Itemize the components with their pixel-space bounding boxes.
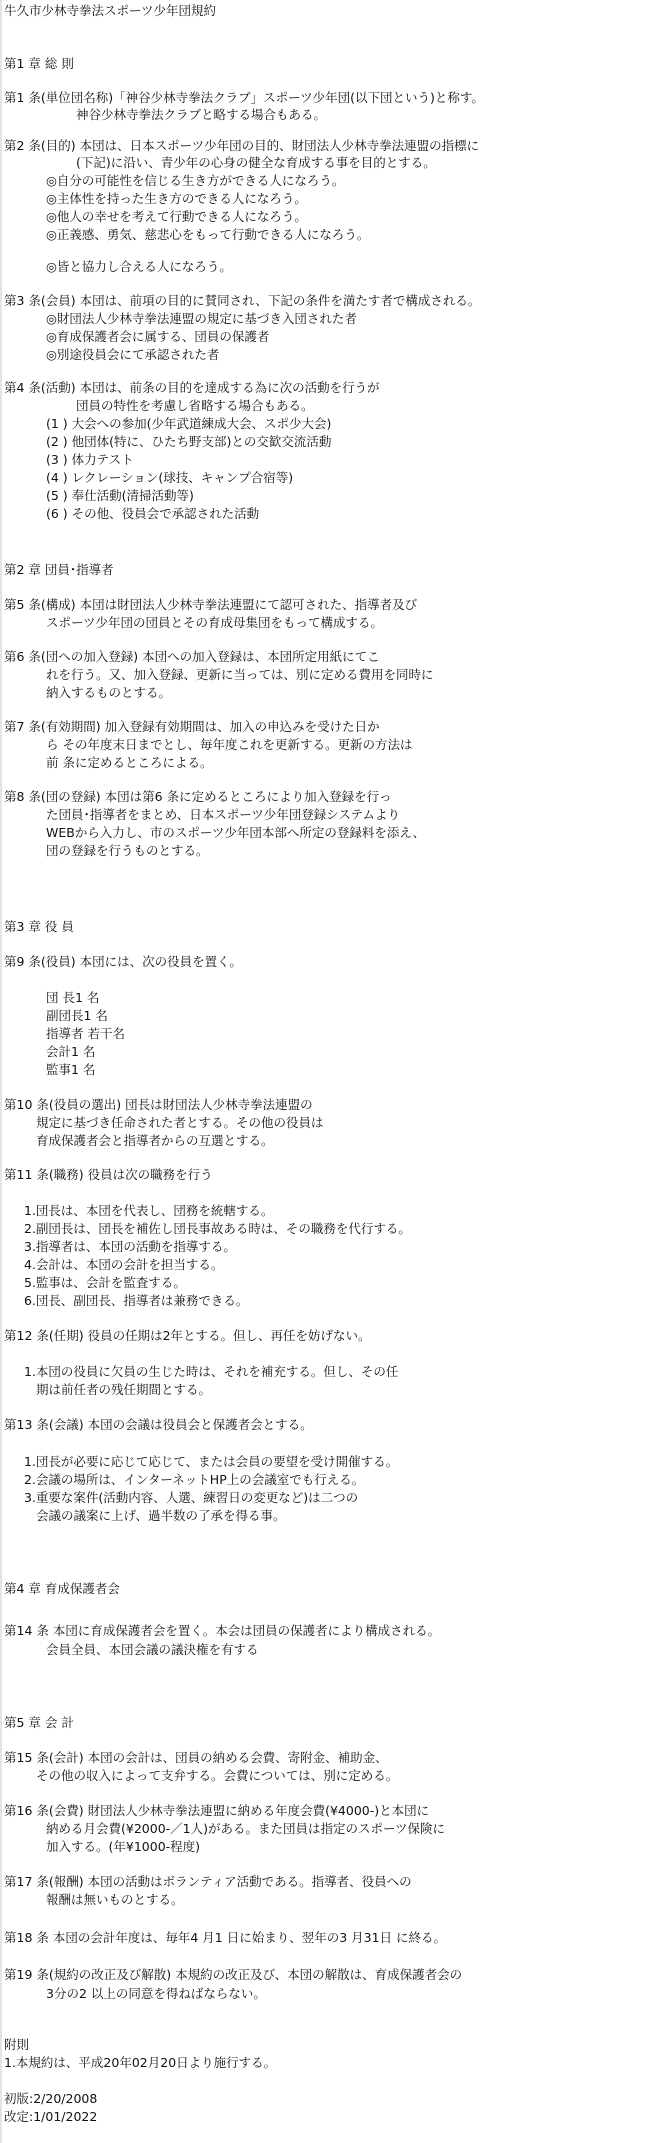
chapter-4-heading: 第4 章 育成保護者会	[4, 1580, 120, 1597]
article-4-item: (2 ) 他団体(特に、ひたち野支部)との交歓交流活動	[4, 433, 331, 450]
article-4-item: (4 ) レクレーション(球技、キャンプ合宿等)	[4, 469, 293, 486]
article-19: 第19 条(規約の改正及び解散) 本規約の改正及び、本団の解散は、育成保護者会の	[4, 1966, 462, 1983]
article-9-item: 会計1 名	[4, 1043, 95, 1060]
article-6-cont: れを行う。又、加入登録、更新に当っては、別に定める費用を同時に	[4, 666, 434, 683]
article-18: 第18 条 本団の会計年度は、毎年4 月1 日に始まり、翌年の3 月31日 に終…	[4, 1929, 446, 1946]
article-8: 第8 条(団の登録) 本団は第6 条に定めるところにより加入登録を行っ	[4, 788, 392, 805]
article-4: 第4 条(活動) 本団は、前条の目的を達成する為に次の活動を行うが	[4, 379, 380, 396]
supplementary-heading: 附則	[4, 2036, 29, 2053]
article-9-item: 指導者 若干名	[4, 1025, 125, 1042]
article-4-item: (3 ) 体力テスト	[4, 451, 134, 468]
article-11: 第11 条(職務) 役員は次の職務を行う	[4, 1166, 213, 1183]
article-11-item: 3.指導者は、本団の活動を指導する。	[4, 1238, 236, 1255]
article-13: 第13 条(会議) 本団の会議は役員会と保護者会とする。	[4, 1416, 313, 1433]
article-6-cont: 納入するものとする。	[4, 684, 171, 701]
article-11-item: 5.監事は、会計を監査する。	[4, 1274, 186, 1291]
article-6: 第6 条(団への加入登録) 本団への加入登録は、本団所定用紙にてこ	[4, 648, 380, 665]
article-2-item: ◎正義感、勇気、慈悲心をもって行動できる人になろう。	[4, 226, 369, 243]
article-1: 第1 条(単位団名称)「神谷少林寺拳法クラブ」スポーツ少年団(以下団という)と称…	[4, 89, 484, 106]
article-7-cont: 前 条に定めるところによる。	[4, 754, 212, 771]
article-17-cont: 報酬は無いものとする。	[4, 1891, 184, 1908]
article-3-item: ◎財団法人少林寺拳法連盟の規定に基づき入団された者	[4, 310, 357, 327]
article-15: 第15 条(会計) 本団の会計は、団員の納める会費、寄附金、補助金、	[4, 1749, 388, 1766]
revision-date: 改定:1/01/2022	[4, 2108, 97, 2125]
article-2-item: ◎自分の可能性を信じる生き方ができる人になろう。	[4, 172, 344, 189]
article-8-cont: た団員･指導者をまとめ、日本スポーツ少年団登録システムより	[4, 806, 400, 823]
article-2-item: ◎主体性を持った生き方のできる人になろう。	[4, 190, 307, 207]
article-3-item: ◎育成保護者会に属する、団員の保護者	[4, 328, 269, 345]
chapter-3-heading: 第3 章 役 員	[4, 918, 74, 935]
article-9-item: 監事1 名	[4, 1061, 95, 1078]
chapter-1-heading: 第1 章 総 則	[4, 55, 74, 72]
chapter-5-heading: 第5 章 会 計	[4, 1714, 74, 1731]
article-13-item: 1.団長が必要に応じて応じて、または会員の要望を受け開催する。	[4, 1453, 398, 1470]
article-16-cont: 納める月会費(¥2000-／1人)がある。また団員は指定のスポーツ保険に	[4, 1820, 445, 1837]
article-8-cont: WEBから入力し、市のスポーツ少年団本部へ所定の登録料を添え、	[4, 824, 425, 841]
article-5: 第5 条(構成) 本団は財団法人少林寺拳法連盟にて認可された、指導者及び	[4, 596, 417, 613]
article-8-cont: 団の登録を行うものとする。	[4, 842, 209, 859]
article-10-cont: 規定に基づき任命された者とする。その他の役員は	[4, 1114, 324, 1131]
article-9-item: 副団長1 名	[4, 1007, 108, 1024]
article-7: 第7 条(有効期間) 加入登録有効期間は、加入の申込みを受けた日か	[4, 718, 380, 735]
article-4-item: (6 ) その他、役員会で承認された活動	[4, 505, 259, 522]
article-2-cont: (下記)に沿い、青少年の心身の健全な育成する事を目的とする。	[4, 154, 436, 171]
article-12: 第12 条(任期) 役員の任期は2年とする。但し、再任を妨げない。	[4, 1327, 371, 1344]
article-11-item: 4.会計は、本団の会計を担当する。	[4, 1256, 223, 1273]
chapter-2-heading: 第2 章 団員･指導者	[4, 561, 114, 578]
first-edition-date: 初版:2/20/2008	[4, 2090, 97, 2107]
article-2: 第2 条(目的) 本団は、日本スポーツ少年団の目的、財団法人少林寺拳法連盟の指標…	[4, 137, 479, 154]
article-4-cont: 団員の特性を考慮し省略する場合もある。	[4, 397, 314, 414]
article-7-cont: ら その年度末日までとし、毎年度これを更新する。更新の方法は	[4, 736, 412, 753]
article-14-cont: 会員全員、本団会議の議決権を有する	[4, 1641, 259, 1658]
article-11-item: 2.副団長は、団長を補佐し団長事故ある時は、その職務を代行する。	[4, 1220, 411, 1237]
article-9: 第9 条(役員) 本団には、次の役員を置く。	[4, 953, 242, 970]
article-12-item-cont: 期は前任者の残任期間とする。	[4, 1381, 211, 1398]
article-16-cont: 加入する。(年¥1000-程度)	[4, 1838, 200, 1855]
article-3: 第3 条(会員) 本団は、前項の目的に賛同され、下記の条件を満たす者で構成される…	[4, 292, 480, 309]
article-19-cont: 3分の2 以上の同意を得ねばならない。	[4, 1985, 266, 2002]
article-4-item: (1 ) 大会への参加(少年武道練成大会、スポ少大会)	[4, 415, 331, 432]
article-17: 第17 条(報酬) 本団の活動はボランティア活動である。指導者、役員への	[4, 1873, 412, 1890]
article-2-item: ◎他人の幸せを考えて行動できる人になろう。	[4, 208, 307, 225]
article-4-item: (5 ) 奉仕活動(清掃活動等)	[4, 487, 194, 504]
article-11-item: 1.団長は、本団を代表し、団務を統轄する。	[4, 1202, 273, 1219]
document-title: 牛久市少林寺拳法スポーツ少年団規約	[4, 2, 216, 19]
article-13-item: 2.会議の場所は、インターネットHP上の会議室でも行える。	[4, 1471, 364, 1488]
article-16: 第16 条(会費) 財団法人少林寺拳法連盟に納める年度会費(¥4000-)と本団…	[4, 1802, 429, 1819]
article-11-item: 6.団長、副団長、指導者は兼務できる。	[4, 1292, 248, 1309]
article-14: 第14 条 本団に育成保護者会を置く。本会は団員の保護者により構成される。	[4, 1622, 440, 1639]
article-12-item: 1.本団の役員に欠員の生じた時は、それを補充する。但し、その任	[4, 1363, 398, 1380]
article-3-item: ◎別途役員会にて承認された者	[4, 346, 219, 363]
article-13-item-cont: 会議の議案に上げ、過半数の了承を得る事。	[4, 1507, 286, 1524]
article-15-cont: その他の収入によって支弁する。会費については、別に定める。	[4, 1767, 398, 1784]
supplementary-item: 1.本規約は、平成20年02月20日より施行する。	[4, 2054, 276, 2071]
article-2-item: ◎皆と協力し合える人になろう。	[4, 258, 232, 275]
article-9-item: 団 長1 名	[4, 989, 99, 1006]
article-5-cont: スポーツ少年団の団員とその育成母集団をもって構成する。	[4, 614, 383, 631]
article-1-cont: 神谷少林寺拳法クラブと略する場合もある。	[4, 106, 326, 123]
article-10-cont: 育成保護者会と指導者からの互選とする。	[4, 1132, 274, 1149]
article-13-item: 3.重要な案件(活動内容、人選、練習日の変更など)は二つの	[4, 1489, 358, 1506]
article-10: 第10 条(役員の選出) 団長は財団法人少林寺拳法連盟の	[4, 1096, 313, 1113]
